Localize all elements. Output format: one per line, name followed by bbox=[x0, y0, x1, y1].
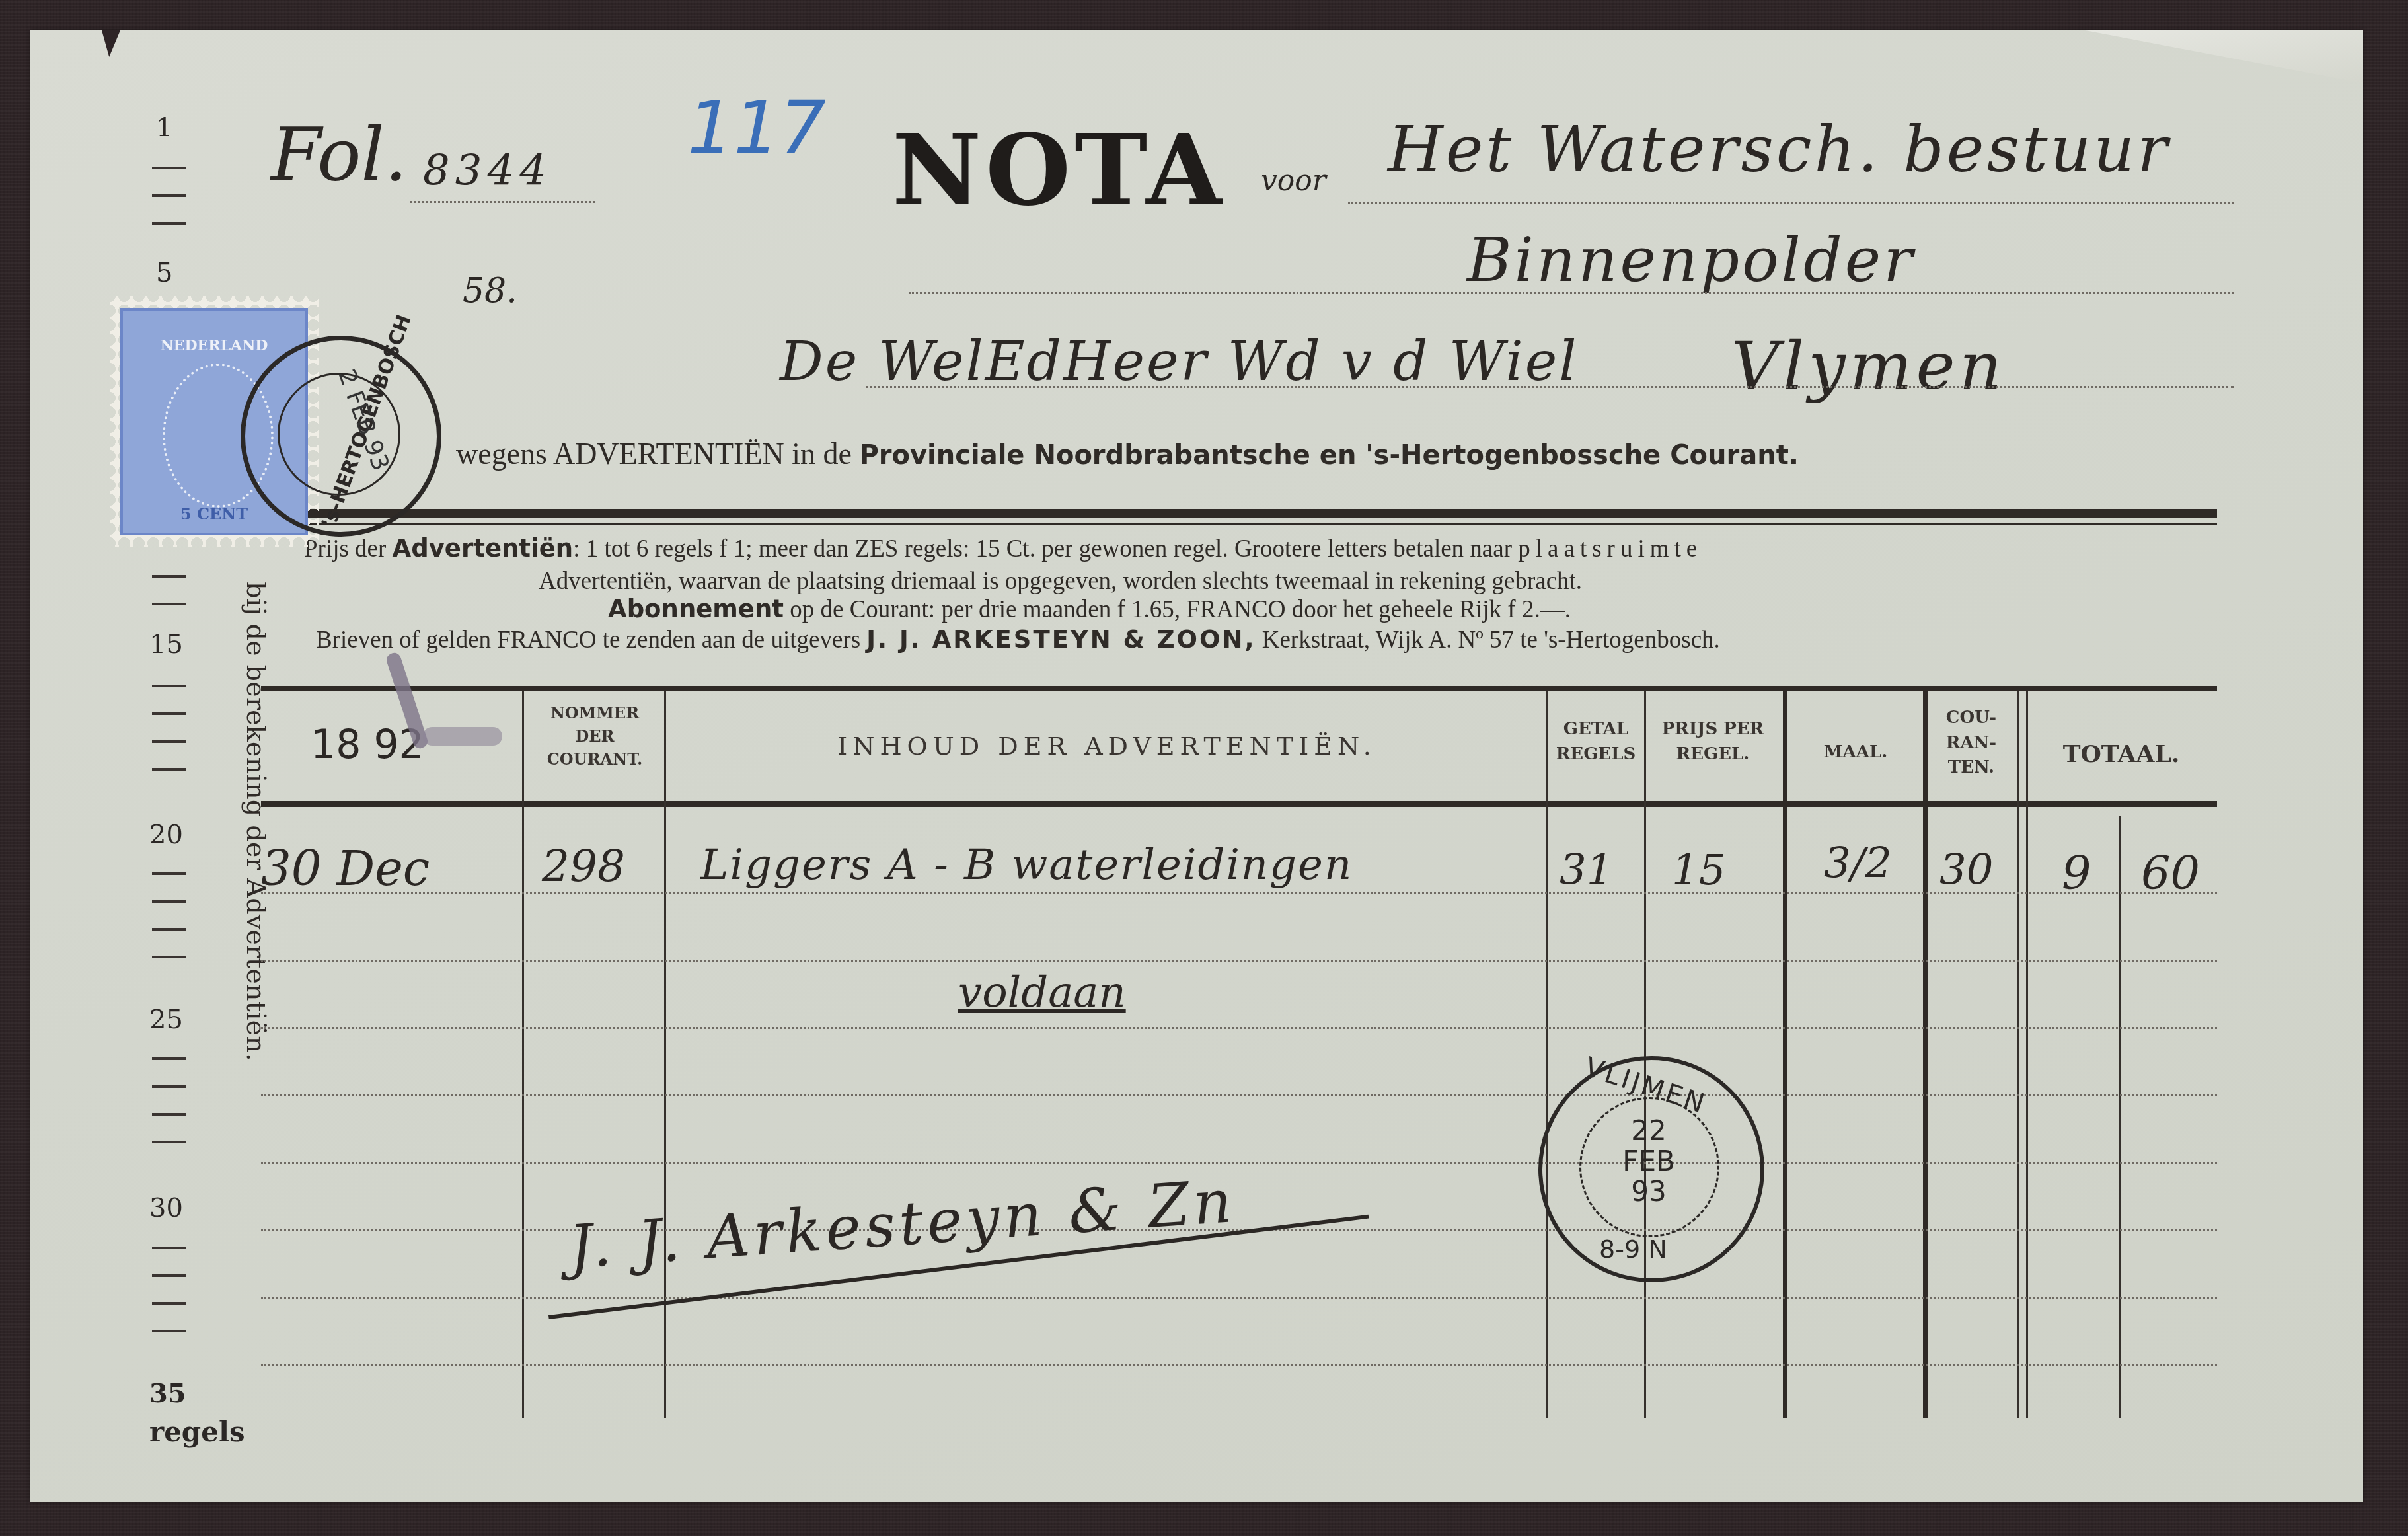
ruler-tick bbox=[152, 685, 186, 687]
column-divider bbox=[664, 691, 666, 1418]
ruler-tick bbox=[152, 712, 186, 715]
row-nommer: 298 bbox=[542, 841, 625, 892]
postmark-vlijmen-date: 22 FEB 93 bbox=[1622, 1116, 1675, 1207]
ruler-tick bbox=[152, 1330, 186, 1332]
row-maal: 3/2 bbox=[1824, 839, 1892, 888]
handwritten-ref: 58. bbox=[463, 271, 517, 311]
subtitle: wegens ADVERTENTIËN in de Provinciale No… bbox=[456, 436, 1799, 471]
ruler-tick bbox=[152, 872, 186, 875]
postmark-vlijmen-time: 8-9 N bbox=[1599, 1235, 1667, 1264]
addressee-name: De WelEdHeer Wd v d Wiel bbox=[780, 330, 1578, 393]
divider-thick bbox=[261, 509, 2217, 518]
ruler-number: 30 bbox=[149, 1193, 183, 1223]
folio-dotted-line bbox=[410, 201, 595, 203]
ruler-caption: bij de berekening der Advertentiën. bbox=[241, 582, 271, 1061]
year-field: 18 92 bbox=[311, 722, 424, 768]
ruler-tick bbox=[152, 1274, 186, 1277]
addressee-place: Vlymen bbox=[1731, 327, 2006, 404]
header-inhoud: INHOUD DER ADVERTENTIËN. bbox=[671, 728, 1543, 765]
ruler-tick bbox=[152, 740, 186, 743]
ruler-number: 15 bbox=[149, 629, 183, 660]
row-line bbox=[261, 1094, 2217, 1096]
column-divider bbox=[2017, 691, 2019, 1418]
ruler-tick bbox=[152, 956, 186, 958]
ink-smear bbox=[423, 727, 502, 746]
row-line bbox=[261, 1297, 2217, 1299]
voor-label: voor bbox=[1261, 164, 1326, 198]
addressee-line2: Binnenpolder bbox=[1467, 225, 1915, 295]
column-divider bbox=[522, 691, 524, 1418]
row-getal: 31 bbox=[1560, 846, 1613, 895]
page-title: NOTA bbox=[892, 112, 1226, 227]
stamp-country: NEDERLAND bbox=[123, 337, 305, 354]
terms-line-2: Advertentiën, waarvan de plaatsing driem… bbox=[539, 567, 1582, 595]
header-couranten: COU- RAN- TEN. bbox=[1928, 706, 2014, 781]
row-totaal-cents: 60 bbox=[2141, 846, 2200, 900]
ruler-tick bbox=[152, 900, 186, 903]
folio-number: 8344 bbox=[423, 147, 552, 196]
address-dotted-line-1 bbox=[1348, 202, 2234, 204]
paid-note: voldaan bbox=[958, 968, 1126, 1017]
column-divider bbox=[1644, 691, 1646, 1418]
ruler-tick bbox=[152, 928, 186, 931]
ruler-unit: regels bbox=[149, 1416, 245, 1448]
ruler-tick bbox=[152, 575, 186, 578]
ruler-tick bbox=[152, 222, 186, 225]
ruler-tick bbox=[152, 167, 186, 169]
ruler-number: 25 bbox=[149, 1005, 183, 1035]
column-divider bbox=[1546, 691, 1548, 1418]
column-divider-cents bbox=[2119, 816, 2121, 1418]
blue-pencil-mark: 117 bbox=[687, 86, 826, 171]
ruler-tick bbox=[152, 768, 186, 771]
row-line bbox=[261, 1364, 2217, 1366]
ruler-tick bbox=[152, 194, 186, 197]
row-prijs: 15 bbox=[1672, 846, 1725, 895]
column-divider bbox=[2026, 691, 2028, 1418]
row-line bbox=[261, 1162, 2217, 1164]
ruler-number: 5 bbox=[156, 258, 172, 288]
ruler-tick bbox=[152, 1085, 186, 1088]
ruler-tick bbox=[152, 1113, 186, 1116]
column-divider-bold bbox=[1783, 691, 1787, 1418]
row-date: 30 Dec bbox=[261, 841, 430, 896]
row-totaal-guilders: 9 bbox=[2062, 846, 2091, 900]
paper-notch bbox=[102, 30, 120, 57]
header-totaal: TOTAAL. bbox=[2029, 737, 2214, 771]
header-nommer: NOMMER DER COURANT. bbox=[529, 702, 661, 771]
column-divider-bold bbox=[1923, 691, 1928, 1418]
terms-line-3: Abonnement op de Courant: per drie maand… bbox=[608, 595, 1571, 624]
ruler-number: 1 bbox=[156, 112, 172, 143]
row-inhoud: Liggers A - B waterleidingen bbox=[700, 841, 1353, 890]
header-maal: MAAL. bbox=[1789, 740, 1922, 765]
table-top-rule bbox=[261, 686, 2217, 691]
address-dotted-line-2 bbox=[909, 292, 2234, 294]
ruler-tick bbox=[152, 603, 186, 605]
torn-corner bbox=[2086, 30, 2363, 83]
ruler-number: 20 bbox=[149, 820, 183, 850]
row-line bbox=[261, 960, 2217, 962]
header-getal: GETAL REGELS bbox=[1550, 717, 1642, 767]
ruler-tick bbox=[152, 1302, 186, 1305]
terms-line-1: Prijs der Advertentiën: 1 tot 6 regels f… bbox=[304, 534, 1702, 563]
ruler-tick bbox=[152, 1057, 186, 1060]
ruler-tick bbox=[152, 1247, 186, 1249]
addressee-line1: Het Watersch. bestuur bbox=[1388, 112, 2170, 186]
row-couranten: 30 bbox=[1939, 846, 1993, 895]
address-dotted-line-3 bbox=[866, 386, 2234, 388]
header-prijs: PRIJS PER REGEL. bbox=[1647, 717, 1779, 767]
newspaper-name: Provinciale Noordbrabantsche en 's-Herto… bbox=[859, 440, 1799, 471]
folio-label: Fol. bbox=[271, 112, 408, 197]
ruler-tick bbox=[152, 1141, 186, 1143]
subtitle-prefix: wegens ADVERTENTIËN in de bbox=[456, 437, 852, 471]
row-line bbox=[261, 1027, 2217, 1029]
divider-thin bbox=[261, 523, 2217, 525]
terms-line-4: Brieven of gelden FRANCO te zenden aan d… bbox=[316, 625, 1720, 654]
ruler-number: 35 bbox=[149, 1378, 186, 1409]
row-line bbox=[261, 892, 2217, 894]
